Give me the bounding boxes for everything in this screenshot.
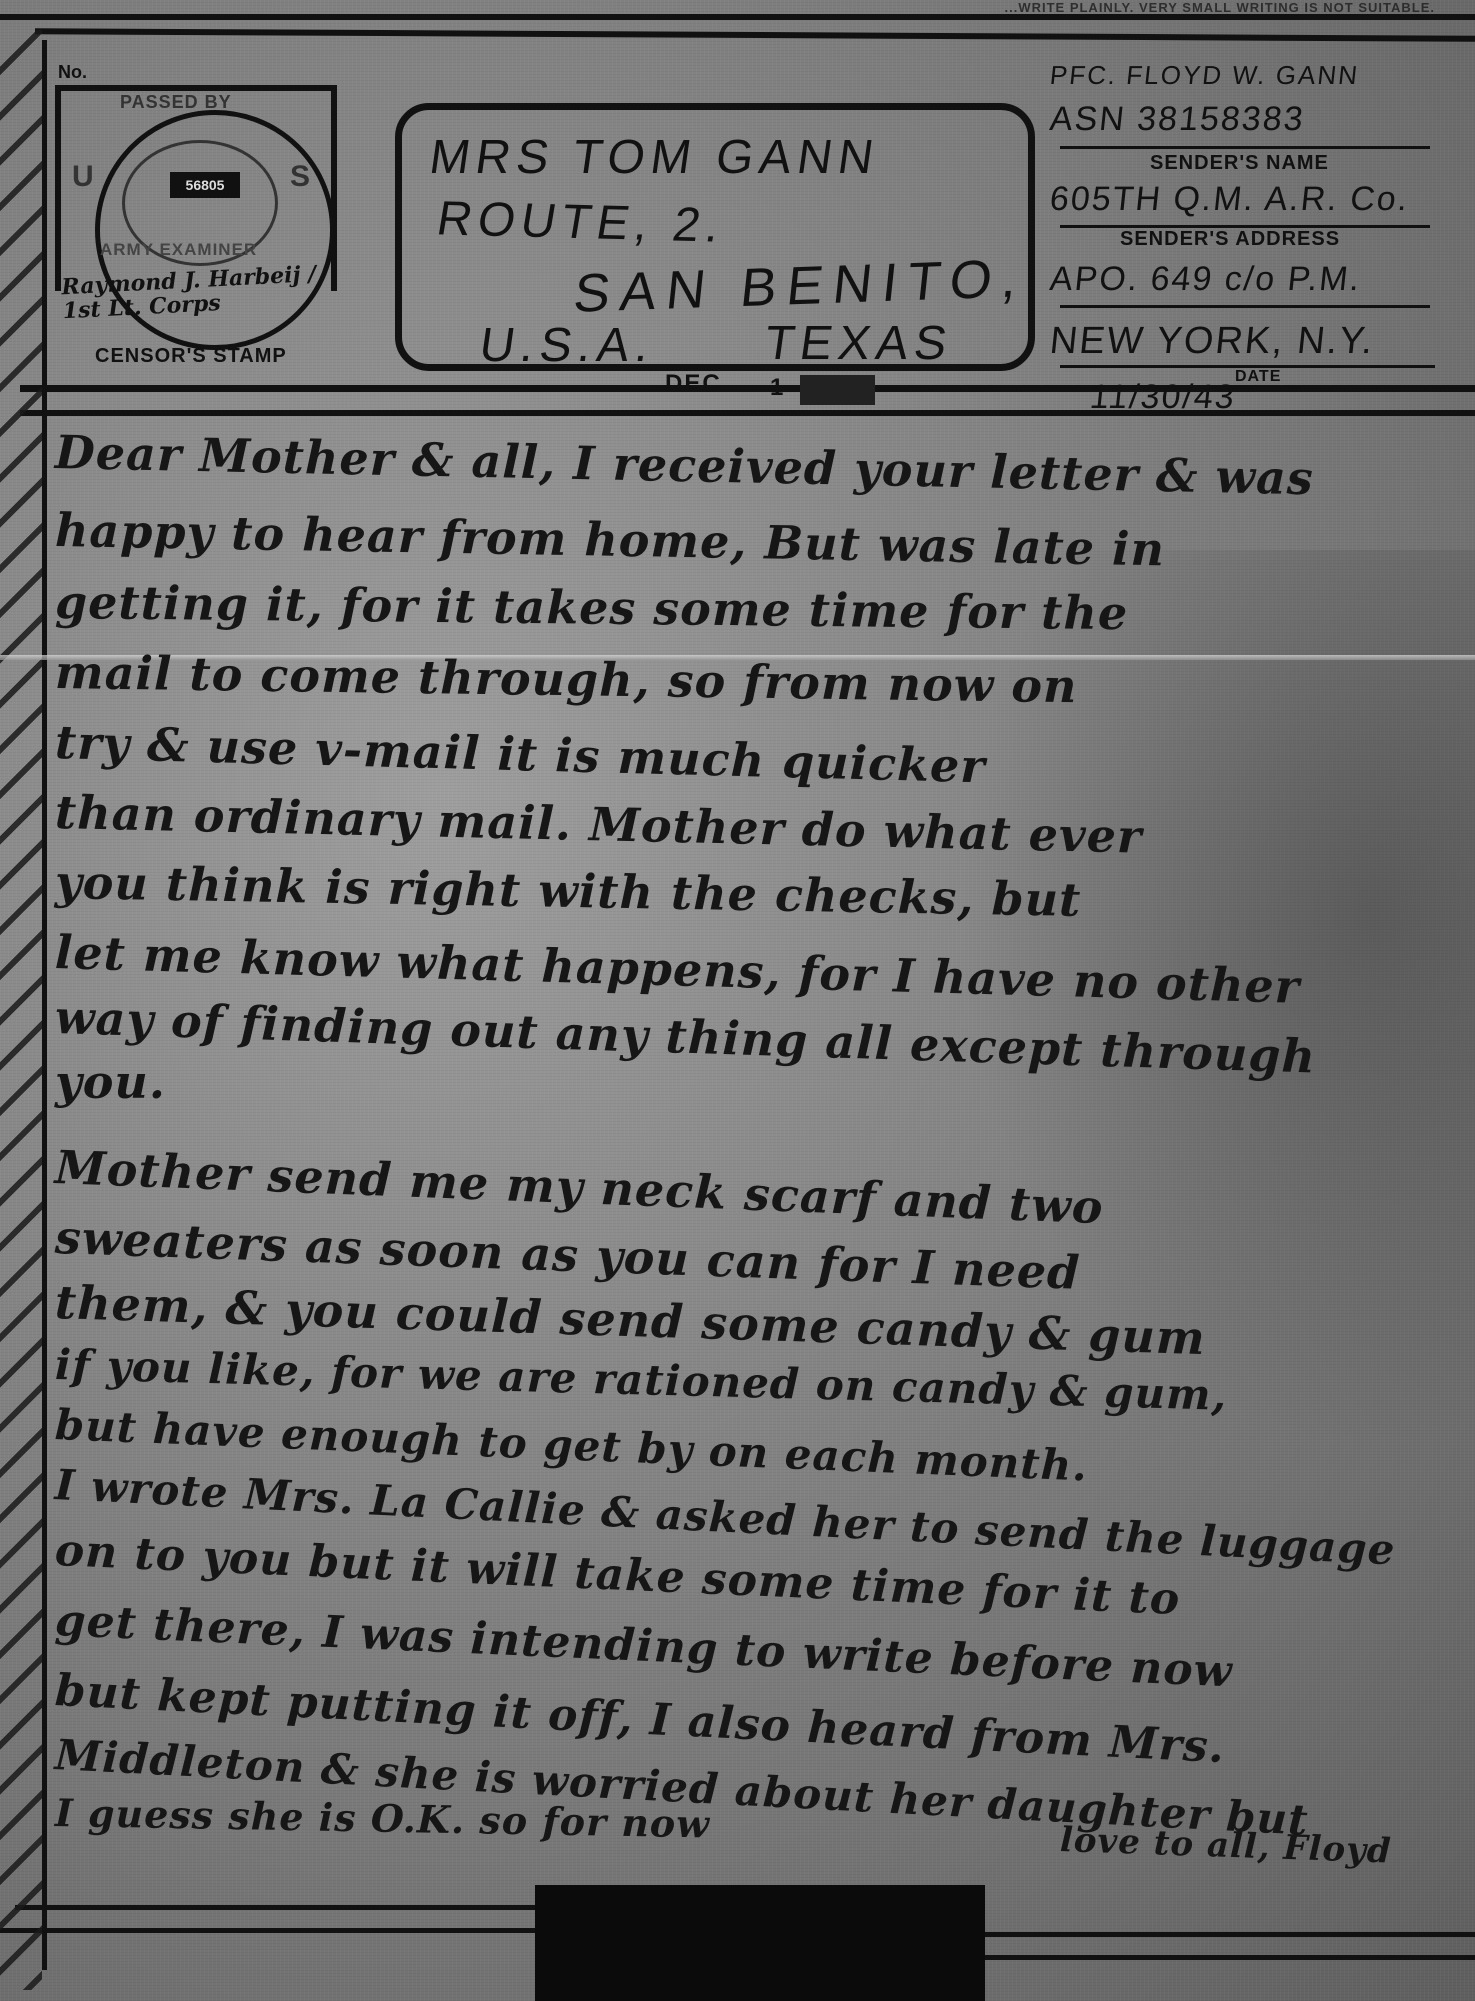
sender-name-rule [1060,146,1430,149]
letter-line: Dear Mother & all, I received your lette… [54,425,1314,505]
letter-date: 11/30/43 [1088,378,1238,417]
recipient-country: U.S.A. [476,318,658,373]
postmark-month: DEC [665,370,722,398]
recipient-route: ROUTE, 2. [433,191,730,254]
vmail-letter-sheet: ...WRITE PLAINLY. VERY SMALL WRITING IS … [0,0,1475,2001]
airmail-border-hatch [0,30,42,1990]
postmark-day: 1 [770,374,785,402]
sender-apo-rule [1060,305,1430,308]
sender-asn: ASN 38158383 [1048,100,1307,139]
header-bottom-rule-1 [20,385,1475,392]
redacted-block [535,1885,985,2001]
censor-stamp-number: 56805 [170,172,240,198]
sender-name-label: SENDER'S NAME [1150,152,1329,175]
letter-line: you think is right with the checks, but [55,855,1082,927]
footer-rule-4 [985,1955,1475,1960]
letter-closing: love to all, Floyd [1059,1820,1392,1872]
sender-name: PFC. FLOYD W. GANN [1048,60,1360,91]
footer-rule-1 [15,1905,535,1910]
sender-apo: APO. 649 c/o P.M. [1048,260,1363,299]
footer-rule-3 [985,1932,1475,1937]
letter-line: happy to hear from home, But was late in [55,503,1166,576]
footer-rule-2 [0,1928,535,1933]
top-rule-2 [35,28,1475,42]
recipient-name: MRS TOM GANN [426,130,883,185]
censor-no-label: No. [58,62,87,83]
postmark-smudge [800,375,875,405]
recipient-state: TEXAS [761,316,956,371]
censor-examiner: ARMY EXAMINER [100,240,257,260]
header-bottom-rule-2 [20,410,1475,416]
letter-line: try & use v-mail it is much quicker [54,715,986,793]
margin-line [42,40,47,1970]
sender-city: NEW YORK, N.Y. [1048,320,1377,363]
letter-line: you. [55,1055,166,1109]
top-rule-1 [0,14,1475,20]
sender-unit: 605TH Q.M. A.R. Co. [1048,180,1411,219]
sender-address-label: SENDER'S ADDRESS [1120,228,1340,251]
censor-letter-u: U [72,160,94,194]
censor-stamp-label: CENSOR'S STAMP [95,345,287,368]
censor-letter-s: S [290,160,310,194]
letter-line: getting it, for it takes some time for t… [55,575,1129,640]
date-label: DATE [1235,368,1281,386]
